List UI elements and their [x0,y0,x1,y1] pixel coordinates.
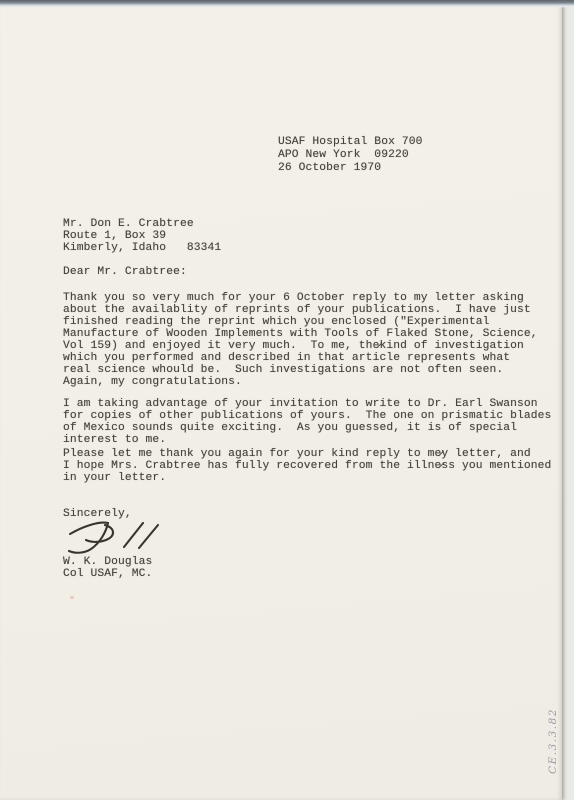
scanned-letter-page: USAF Hospital Box 700 APO New York 09220… [0,0,574,800]
signer-name-block: W. K. Douglas Col USAF, MC. [63,556,152,580]
recipient-address-block: Mr. Don E. Crabtree Route 1, Box 39 Kimb… [63,218,221,254]
scan-top-edge [0,0,574,8]
letter-paper: USAF Hospital Box 700 APO New York 09220… [0,0,562,800]
scan-speck [70,596,74,599]
body-paragraph-3: Please let me thank you again for your k… [63,448,551,484]
archival-code-annotation: CE.3.3.82 [547,708,559,774]
handwritten-signature-icon [60,516,170,558]
sender-address-block: USAF Hospital Box 700 APO New York 09220… [278,136,422,175]
body-paragraph-1: Thank you so very much for your 6 Octobe… [63,292,538,388]
body-paragraph-2: I am taking advantage of your invitation… [63,398,551,446]
salutation: Dear Mr. Crabtree: [63,266,187,278]
